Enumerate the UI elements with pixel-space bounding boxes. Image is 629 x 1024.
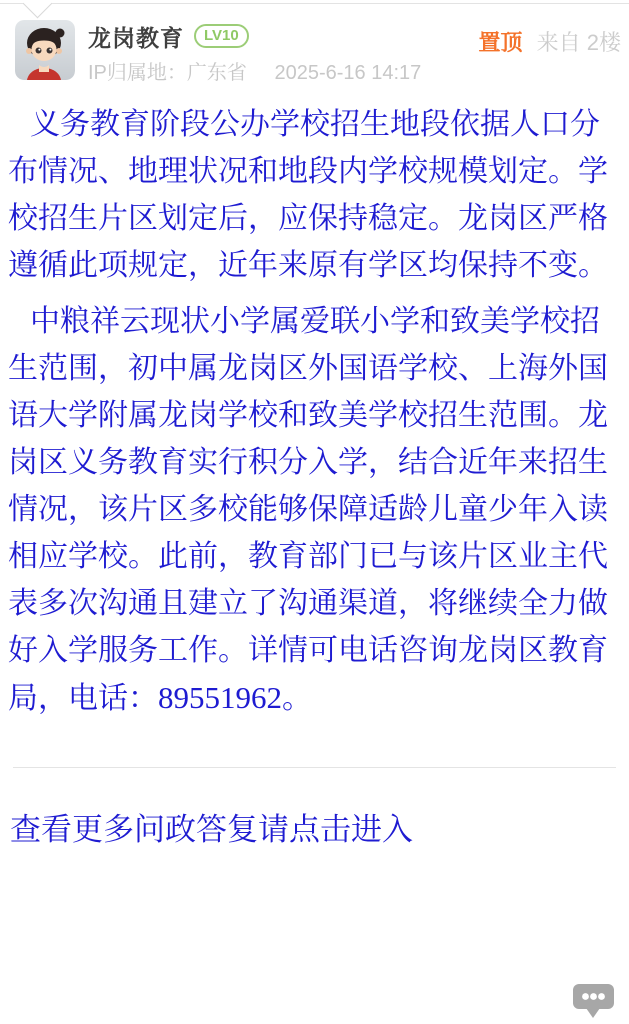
avatar-image <box>15 20 75 80</box>
pinned-badge: 置顶 <box>479 30 523 55</box>
ip-location: IP归属地：广东省 <box>88 62 247 84</box>
floor-label: 来自 2楼 <box>537 30 621 55</box>
reply-body: 义务教育阶段公办学校招生地段依据人口分布情况、地理状况和地段内学校规模划定。学校… <box>0 101 629 722</box>
avatar[interactable] <box>15 20 75 80</box>
paragraph-2: 中粮祥云现状小学属爱联小学和致美学校招生范围，初中属龙岗区外国语学校、上海外国语… <box>8 298 617 722</box>
phone-number: 89551962 <box>158 680 282 715</box>
comment-bubble-icon <box>572 983 616 1019</box>
paragraph-2-text: 中粮祥云现状小学属爱联小学和致美学校招生范围，初中属龙岗区外国语学校、上海外国语… <box>8 305 608 715</box>
timestamp: 2025-6-16 14:17 <box>274 62 421 84</box>
paragraph-1: 义务教育阶段公办学校招生地段依据人口分布情况、地理状况和地段内学校规模划定。学校… <box>8 101 617 289</box>
section-divider <box>13 767 616 768</box>
comment-button[interactable] <box>572 983 616 1019</box>
paragraph-2-end: 。 <box>282 682 312 715</box>
header-right-labels: 置顶 来自 2楼 <box>479 26 622 57</box>
more-replies-link[interactable]: 查看更多问政答复请点击进入 <box>10 810 617 850</box>
level-badge: LV10 <box>194 24 249 48</box>
post-meta: IP归属地：广东省 2025-6-16 14:17 <box>88 56 614 85</box>
username[interactable]: 龙岗教育 <box>88 20 184 53</box>
reply-header: 龙岗教育 LV10 IP归属地：广东省 2025-6-16 14:17 置顶 来… <box>0 0 629 85</box>
reply-panel: 龙岗教育 LV10 IP归属地：广东省 2025-6-16 14:17 置顶 来… <box>0 0 629 1024</box>
